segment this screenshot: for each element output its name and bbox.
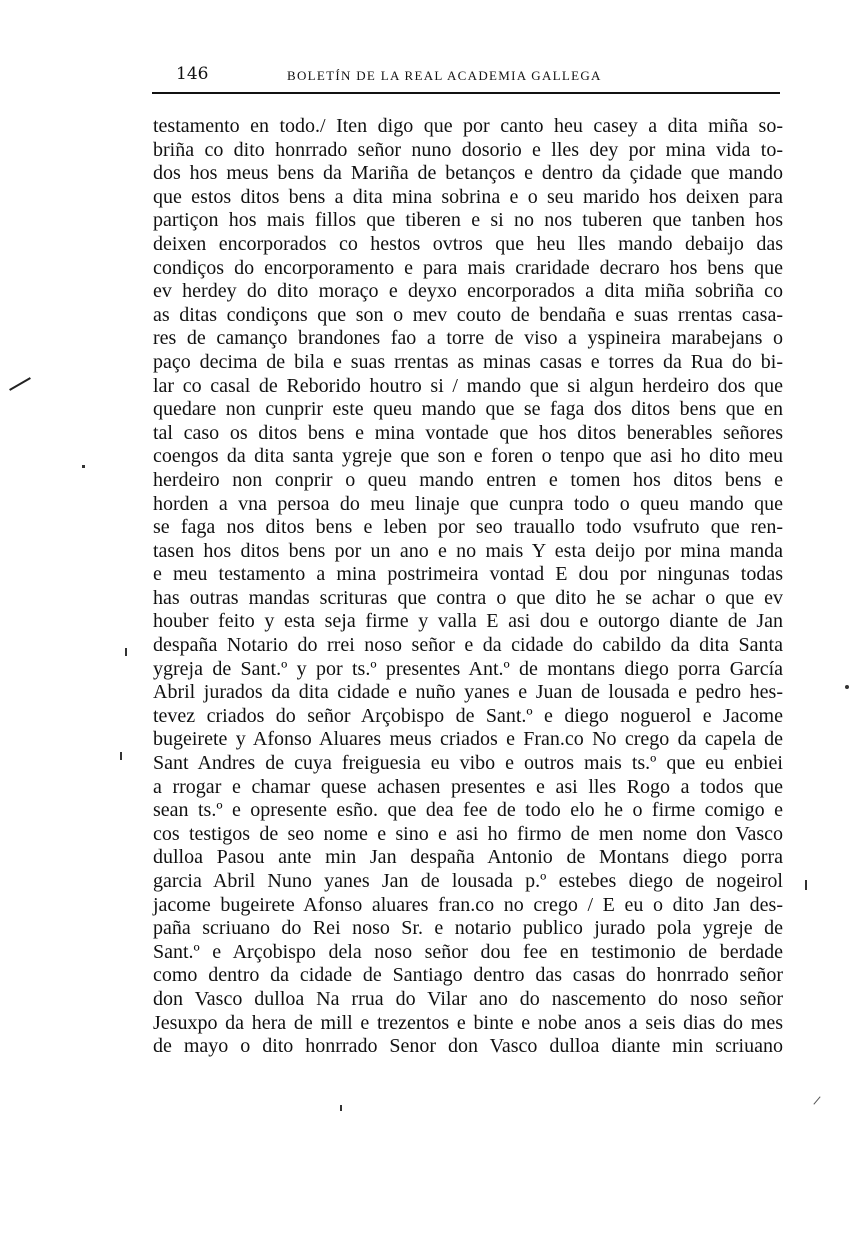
text-line: Sant Andres de cuya freiguesia eu vibo e… [153,752,783,776]
text-line: briña co dito honrrado señor nuno dosori… [153,139,783,163]
text-line: dulloa Pasou ante min Jan despaña Antoni… [153,846,783,870]
text-line: condiços do encorporamento e para mais c… [153,257,783,281]
text-line: don Vasco dulloa Na rrua do Vilar ano do… [153,988,783,1012]
text-line: Sant.º e Arçobispo dela noso señor dou f… [153,941,783,965]
text-line: se faga nos ditos bens e leben por seo t… [153,516,783,540]
page-number: 146 [176,64,208,84]
text-line: tasen hos ditos bens por un ano e no mai… [153,540,783,564]
text-line: paço decima de bila e suas rrentas as mi… [153,351,783,375]
text-line: as ditas condiçons que son o mev couto d… [153,304,783,328]
scan-speck [340,1105,342,1111]
text-line: bugeirete y Afonso Aluares meus criados … [153,728,783,752]
text-line: Abril jurados da dita cidade e nuño yane… [153,681,783,705]
text-line: garcia Abril Nuno yanes Jan de lousada p… [153,870,783,894]
text-line: res de camanço brandones fao a torre de … [153,327,783,351]
text-line: tal caso os ditos bens e mina vontade qu… [153,422,783,446]
text-line: a rrogar e chamar quese achasen presente… [153,776,783,800]
text-line: dos hos meus bens da Mariña de betanços … [153,162,783,186]
body-text: testamento en todo./ Iten digo que por c… [153,115,783,1059]
scan-speck [120,752,122,760]
scan-speck [82,465,85,468]
scan-speck [845,685,849,689]
text-line: cos testigos de seo nome e sino e asi ho… [153,823,783,847]
text-line: jacome bugeirete Afonso aluares fran.co … [153,894,783,918]
text-line: quedare non cunprir este queu mando que … [153,398,783,422]
text-line: que estos ditos bens a dita mina sobrina… [153,186,783,210]
text-line: como dentro da cidade de Santiago dentro… [153,964,783,988]
text-line: e meu testamento a mina postrimeira vont… [153,563,783,587]
text-line: has outras mandas scrituras que contra o… [153,587,783,611]
text-line: testamento en todo./ Iten digo que por c… [153,115,783,139]
scanned-page: 146 BOLETÍN DE LA REAL ACADEMIA GALLEGA … [0,0,850,1246]
text-line: herdeiro non conprir o queu mando entren… [153,469,783,493]
text-line: sean ts.º e opresente esño. que dea fee … [153,799,783,823]
scan-speck [805,880,807,890]
text-line: Jesuxpo da hera de mill e trezentos e bi… [153,1012,783,1036]
text-line: ev herdey do dito moraço e deyxo encorpo… [153,280,783,304]
text-line: houber feito y esta seja firme y valla E… [153,610,783,634]
header-rule [152,92,780,94]
text-line: ygreja de Sant.º y por ts.º presentes An… [153,658,783,682]
margin-pen-mark [9,377,31,391]
text-line: deixen encorporados co hestos ovtros que… [153,233,783,257]
text-line: de mayo o dito honrrado Senor don Vasco … [153,1035,783,1059]
text-line: horden a vna persoa do meu linaje que cu… [153,493,783,517]
text-line: lar co casal de Reborido houtro si / man… [153,375,783,399]
text-line: partiçon hos mais fillos que tiberen e s… [153,209,783,233]
journal-title: BOLETÍN DE LA REAL ACADEMIA GALLEGA [287,68,602,84]
scan-speck [125,648,127,656]
margin-pen-mark [813,1096,820,1104]
text-line: tevez criados do señor Arçobispo de Sant… [153,705,783,729]
text-line: coengos da dita santa ygreje que son e f… [153,445,783,469]
text-line: despaña Notario do rrei noso señor e da … [153,634,783,658]
text-line: paña scriuano do Rei noso Sr. e notario … [153,917,783,941]
running-head: 146 BOLETÍN DE LA REAL ACADEMIA GALLEGA [152,62,780,90]
